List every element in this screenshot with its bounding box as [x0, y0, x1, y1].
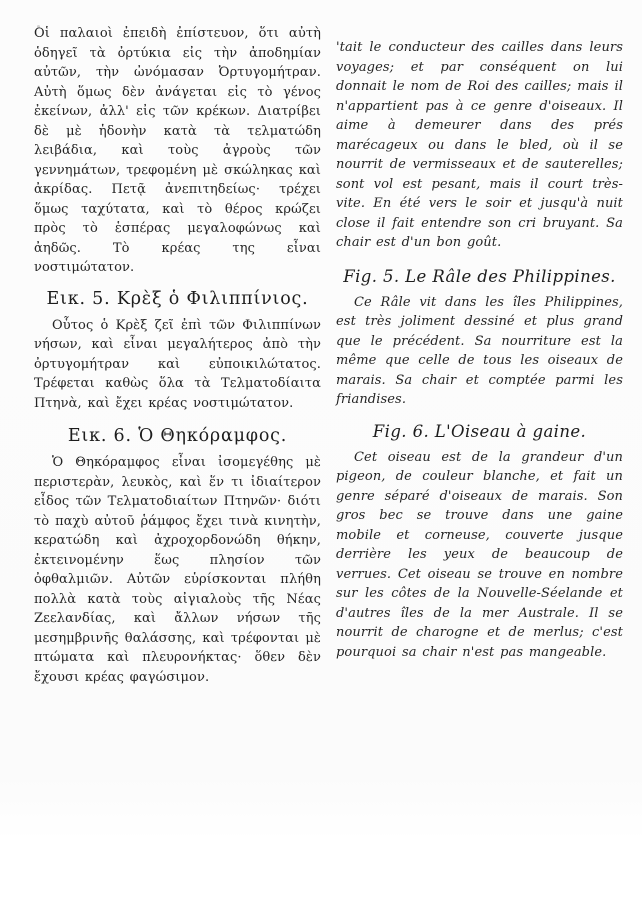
french-fig5-heading: Fig. 5. Le Râle des Philippines.: [336, 267, 623, 286]
greek-fig5-paragraph: Οὗτος ὁ Κρὲξ ζεῖ ἐπὶ τῶν Φιλιππίνων νήσω…: [34, 316, 321, 414]
greek-fig6-heading: Εικ. 6. Ὁ Θηκόραμφος.: [34, 426, 321, 446]
french-continuation-paragraph: 'tait le conducteur des cailles dans leu…: [336, 38, 623, 253]
french-fig6-heading: Fig. 6. L'Oiseau à gaine.: [336, 422, 623, 441]
scanned-book-page: Οἱ παλαιοὶ ἐπειδὴ ἐπίστευον, ὅτι αὐτὴ ὁδ…: [0, 0, 642, 904]
greek-fig6-paragraph: Ὁ Θηκόραμφος εἶναι ἰσομεγέθης μὲ περιστε…: [34, 453, 321, 687]
french-fig6-paragraph: Cet oiseau est de la grandeur d'un pigeo…: [336, 448, 623, 663]
french-fig5-paragraph: Ce Râle vit dans les îles Philippines, e…: [336, 293, 623, 410]
greek-fig5-heading: Εικ. 5. Κρὲξ ὁ Φιλιππίνιος.: [34, 289, 321, 309]
french-column: 'tait le conducteur des cailles dans leu…: [336, 38, 623, 662]
greek-column: Οἱ παλαιοὶ ἐπειδὴ ἐπίστευον, ὅτι αὐτὴ ὁδ…: [34, 24, 321, 687]
greek-continuation-paragraph: Οἱ παλαιοὶ ἐπειδὴ ἐπίστευον, ὅτι αὐτὴ ὁδ…: [34, 24, 321, 278]
